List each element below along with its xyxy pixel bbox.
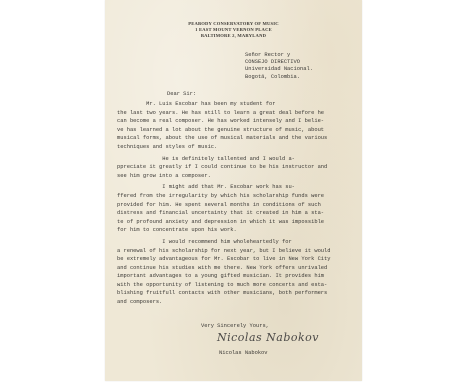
addressee-block: Señor Rector y CONSEJO DIRECTIVO Univers… [245, 52, 313, 81]
body-line: ffered from the irregularity by which hi… [117, 192, 353, 201]
letterhead-city: BALTIMORE 2, MARYLAND [105, 33, 362, 39]
paragraph-4: I would recommend him wholeheartedly for… [117, 238, 353, 307]
body-line: and continue his studies with me there. … [117, 264, 353, 273]
body-line: I would recommend him wholeheartedly for [117, 238, 353, 247]
body-line: see him grow into a composer. [117, 172, 353, 181]
closing: Very Sincerely Yours, [201, 323, 269, 329]
body-line: important advantages to a young gifted m… [117, 272, 353, 281]
addressee-line: Señor Rector y [245, 52, 313, 59]
letterhead: PEABODY CONSERVATORY OF MUSIC 1 EAST MOU… [105, 21, 362, 39]
letter-body: Mr. Luis Escobar has been my student for… [117, 100, 353, 307]
body-line: blishing fruitfull contacts with other m… [117, 289, 353, 298]
body-line: with the opportunity of listening to muc… [117, 281, 353, 290]
addressee-line: Bogotá, Colombia. [245, 74, 313, 81]
body-line: ve has learned a lot about the genuine s… [117, 126, 353, 135]
paragraph-1: Mr. Luis Escobar has been my student for… [117, 100, 353, 152]
addressee-line: Universidad Nacional. [245, 66, 313, 73]
handwritten-signature: Nicolas Nabokov [217, 331, 319, 344]
body-line: I might add that Mr. Escobar work has su… [117, 183, 353, 192]
body-line: musical forms, about the use of musical … [117, 134, 353, 143]
body-line: He is definitely tallented and I would a… [117, 155, 353, 164]
body-line: and composers. [117, 298, 353, 307]
paragraph-2: He is definitely tallented and I would a… [117, 155, 353, 181]
typed-signatory-name: Nicolas Nabokov [219, 350, 268, 356]
body-line: for him to concentrate upon his work. [117, 226, 353, 235]
body-line: te of profound anxiety and depression in… [117, 218, 353, 227]
body-line: Mr. Luis Escobar has been my student for [117, 100, 353, 109]
letter-paper: PEABODY CONSERVATORY OF MUSIC 1 EAST MOU… [105, 0, 362, 381]
paragraph-3: I might add that Mr. Escobar work has su… [117, 183, 353, 235]
body-line: can become a real composer. He has worke… [117, 117, 353, 126]
body-line: ppreciate it greatly if I could continue… [117, 163, 353, 172]
body-line: be extremely advantageous for Mr. Escoba… [117, 255, 353, 264]
body-line: provided for him. He spent several month… [117, 201, 353, 210]
body-line: the last two years. He has still to lear… [117, 109, 353, 118]
body-line: distress and financial uncertainty that … [117, 209, 353, 218]
body-line: a renewal of his scholarship for next ye… [117, 247, 353, 256]
body-line: techniques and styles of music. [117, 143, 353, 152]
salutation: Dear Sir: [167, 91, 196, 97]
addressee-line: CONSEJO DIRECTIVO [245, 59, 313, 66]
